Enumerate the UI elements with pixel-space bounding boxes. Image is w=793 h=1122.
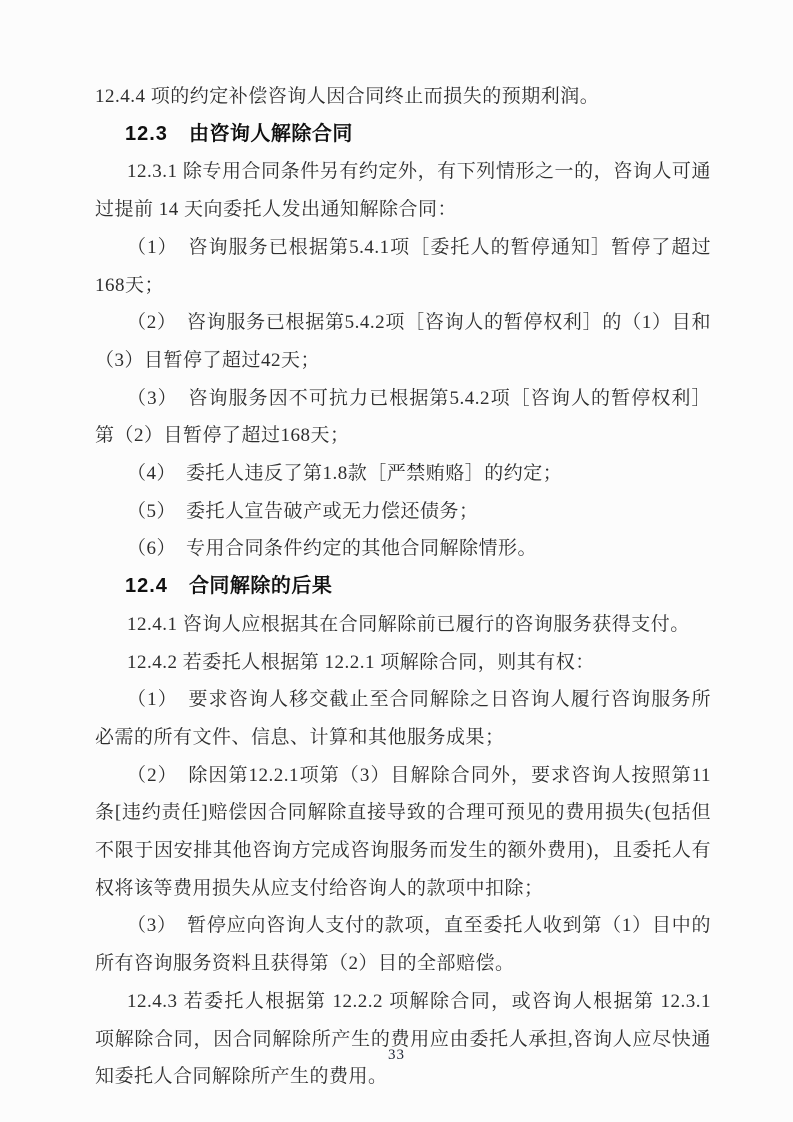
clause-12-4-2: 12.4.2 若委托人根据第 12.2.1 项解除合同，则其有权： xyxy=(95,644,711,682)
clause-heading-12-3: 12.3由咨询人解除合同 xyxy=(95,116,711,154)
clause-12-4-3: 12.4.3 若委托人根据第 12.2.2 项解除合同，或咨询人根据第 12.3… xyxy=(95,983,711,1096)
page-number: 33 xyxy=(388,1047,405,1063)
clause-12-4-1: 12.4.1 咨询人应根据其在合同解除前已履行的咨询服务获得支付。 xyxy=(95,606,711,644)
clause-heading-12-4: 12.4合同解除的后果 xyxy=(95,568,711,606)
clause-title: 由咨询人解除合同 xyxy=(189,123,353,145)
page-body: 12.4.4 项的约定补偿咨询人因合同终止而损失的预期利润。 12.3由咨询人解… xyxy=(95,78,711,1096)
clause-12-3-1-item-3: （3） 咨询服务因不可抗力已根据第5.4.2项［咨询人的暂停权利］第（2）目暂停… xyxy=(95,380,711,455)
clause-12-4-4-continuation: 12.4.4 项的约定补偿咨询人因合同终止而损失的预期利润。 xyxy=(95,78,711,116)
clause-12-4-2-item-3: （3） 暂停应向咨询人支付的款项，直至委托人收到第（1）目中的所有咨询服务资料且… xyxy=(95,907,711,982)
clause-12-3-1-item-4: （4） 委托人违反了第1.8款［严禁贿赂］的约定； xyxy=(95,455,711,493)
clause-12-3-1: 12.3.1 除专用合同条件另有约定外，有下列情形之一的，咨询人可通过提前 14… xyxy=(95,153,711,228)
clause-12-3-1-item-1: （1） 咨询服务已根据第5.4.1项［委托人的暂停通知］暂停了超过168天； xyxy=(95,229,711,304)
clause-12-3-1-item-2: （2） 咨询服务已根据第5.4.2项［咨询人的暂停权利］的（1）目和（3）目暂停… xyxy=(95,304,711,379)
clause-12-3-1-item-6: （6） 专用合同条件约定的其他合同解除情形。 xyxy=(95,530,711,568)
clause-number: 12.3 xyxy=(125,123,168,145)
clause-number: 12.4 xyxy=(125,575,168,597)
clause-12-4-2-item-2: （2） 除因第12.2.1项第（3）目解除合同外，要求咨询人按照第11条[违约责… xyxy=(95,757,711,908)
clause-title: 合同解除的后果 xyxy=(189,575,333,597)
clause-12-3-1-item-5: （5） 委托人宣告破产或无力偿还债务； xyxy=(95,493,711,531)
contract-page: 12.4.4 项的约定补偿咨询人因合同终止而损失的预期利润。 12.3由咨询人解… xyxy=(0,0,793,1122)
clause-12-4-2-item-1: （1） 要求咨询人移交截止至合同解除之日咨询人履行咨询服务所必需的所有文件、信息… xyxy=(95,681,711,756)
page-footer: 33 xyxy=(0,1046,793,1064)
